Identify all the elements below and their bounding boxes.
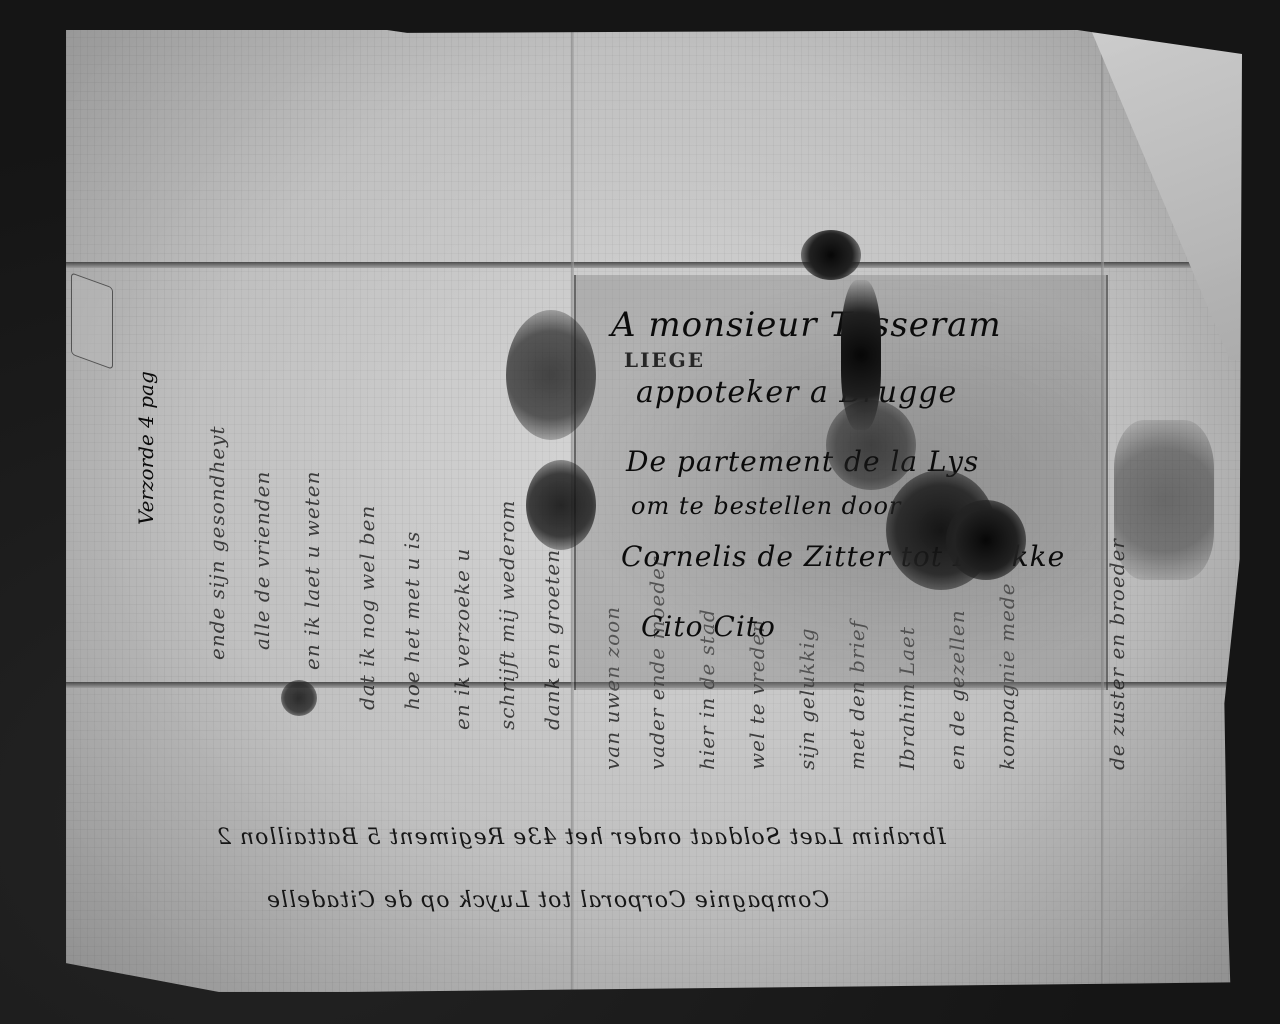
ink-stain [506,310,596,440]
bleed-text-column: alle de vrienden [251,90,273,650]
bleed-text-column: hoe het met u is [401,70,423,710]
address-line-profession: appoteker a Brugge [636,375,957,410]
side-note: Verzorde 4 pag [134,371,158,525]
ink-blot-seal [946,500,1026,580]
bleed-text-column: en ik laet u weten [301,70,323,670]
ink-stain [526,460,596,550]
address-line-delivery: om te bestellen door [631,492,901,520]
bleed-text-column: ende sijn gesondheyt [206,100,228,660]
letter-paper: ende sijn gesondheyt alle de vrienden en… [66,30,1242,992]
bleed-text-column: dat ik nog wel ben [356,70,378,710]
mirrored-text-line: Ibrahim Laet Soldaat onder het 43e Regim… [216,825,946,850]
paper-tear [71,272,113,369]
seal-remnant [1114,420,1214,580]
ink-mark [281,680,317,716]
bleed-text-column: de zuster en broeder [1106,70,1128,770]
bleed-text-column: en ik verzoeke u [451,70,473,730]
address-line-urgent: Cito Cito [641,610,776,643]
mirrored-text-line: Compagnie Corporal tot Luyck op de Citad… [266,888,829,913]
ink-stain [826,400,916,490]
postal-stamp: LIEGE [624,348,705,372]
address-line-recipient: A monsieur Tosseram [611,305,1002,345]
ink-blot [801,230,861,280]
